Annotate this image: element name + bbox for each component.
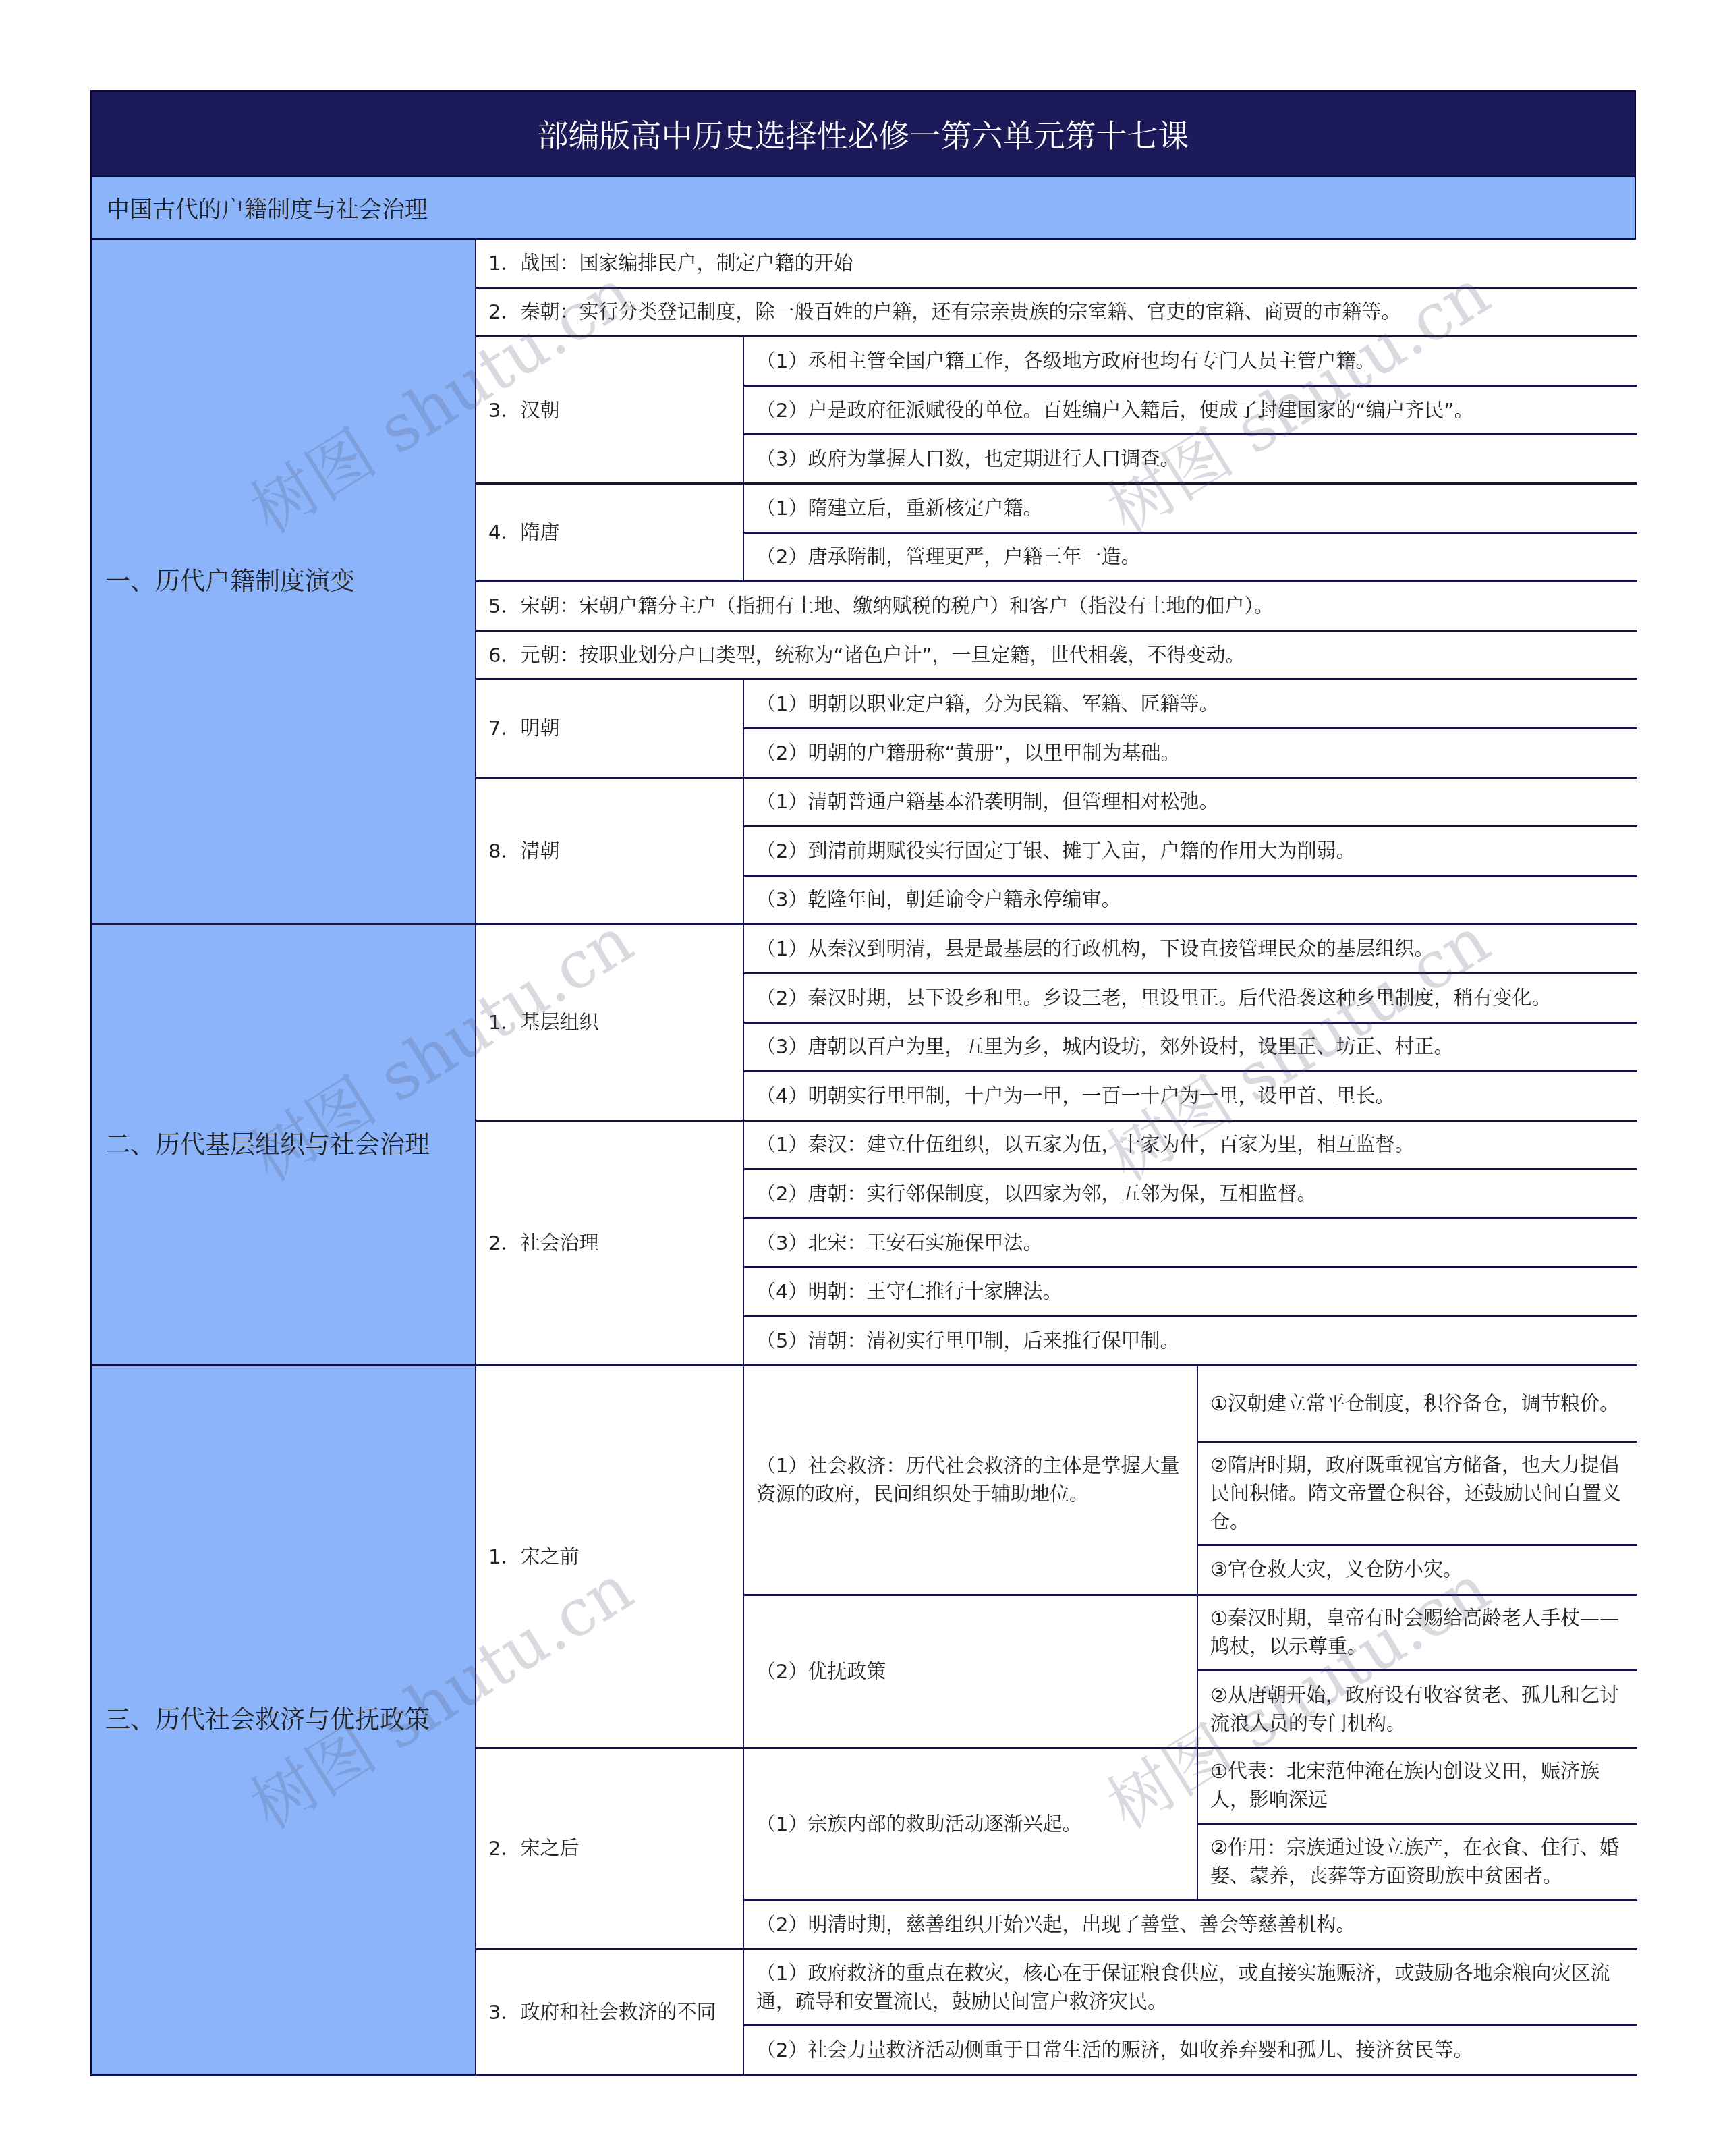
page-title: 部编版高中历史选择性必修一第六单元第十七课: [90, 90, 1636, 177]
list-item: 1．宋之前: [476, 1366, 744, 1749]
list-item: （4）明朝实行里甲制，十户为一甲，一百一十户为一里，设甲首、里长。: [744, 1072, 1637, 1122]
list-item: （2）秦汉时期，县下设乡和里。乡设三老，里设里正。后代沿袭这种乡里制度，稍有变化…: [744, 974, 1637, 1024]
list-item: （1）宗族内部的救助活动逐渐兴起。: [744, 1749, 1198, 1901]
list-item: （2）优抚政策: [744, 1596, 1198, 1749]
list-item: 5．宋朝：宋朝户籍分主户（指拥有土地、缴纳赋税的税户）和客户（指没有土地的佃户）…: [476, 582, 1637, 632]
list-item: （5）清朝：清初实行里甲制，后来推行保甲制。: [744, 1317, 1637, 1366]
list-item: （2）明朝的户籍册称“黄册”，以里甲制为基础。: [744, 729, 1637, 779]
list-item: 1．战国：国家编排民户，制定户籍的开始: [476, 240, 1637, 289]
list-item: ①汉朝建立常平仓制度，积谷备仓，调节粮价。: [1198, 1366, 1637, 1443]
outline-table: 部编版高中历史选择性必修一第六单元第十七课 中国古代的户籍制度与社会治理 一、历…: [90, 90, 1636, 2076]
list-item: （1）丞相主管全国户籍工作，各级地方政府也均有专门人员主管户籍。: [744, 337, 1637, 387]
list-item: （4）明朝：王守仁推行十家牌法。: [744, 1268, 1637, 1317]
list-item: 2．秦朝：实行分类登记制度，除一般百姓的户籍，还有宗亲贵族的宗室籍、官吏的宦籍、…: [476, 289, 1637, 338]
list-item: 7．明朝: [476, 680, 744, 778]
list-item: 3．汉朝: [476, 337, 744, 485]
list-item: （2）唐朝：实行邻保制度，以四家为邻，五邻为保，互相监督。: [744, 1170, 1637, 1219]
list-item: （3）政府为掌握人口数，也定期进行人口调查。: [744, 435, 1637, 485]
list-item: （1）隋建立后，重新核定户籍。: [744, 485, 1637, 534]
list-item: （2）户是政府征派赋役的单位。百姓编户入籍后，便成了封建国家的“编户齐民”。: [744, 387, 1637, 436]
list-item: （3）北宋：王安石实施保甲法。: [744, 1219, 1637, 1269]
list-item: 2．宋之后: [476, 1749, 744, 1950]
list-item: （1）清朝普通户籍基本沿袭明制，但管理相对松弛。: [744, 779, 1637, 828]
list-item: （1）从秦汉到明清，县是最基层的行政机构，下设直接管理民众的基层组织。: [744, 925, 1637, 974]
section-2-header: 二、历代基层组织与社会治理: [92, 925, 476, 1366]
list-item: 1．基层组织: [476, 925, 744, 1121]
list-item: （2）明清时期，慈善组织开始兴起，出现了善堂、善会等慈善机构。: [744, 1901, 1637, 1950]
list-item: （3）唐朝以百户为里，五里为乡，城内设坊，郊外设村，设里正、坊正、村正。: [744, 1024, 1637, 1073]
list-item: （1）明朝以职业定户籍，分为民籍、军籍、匠籍等。: [744, 680, 1637, 729]
list-item: （2）社会力量救济活动侧重于日常生活的赈济，如收养弃婴和孤儿、接济贫民等。: [744, 2026, 1637, 2076]
list-item: 2．社会治理: [476, 1122, 744, 1366]
content-grid: 一、历代户籍制度演变 1．战国：国家编排民户，制定户籍的开始 2．秦朝：实行分类…: [90, 240, 1636, 2076]
list-item: 6．元朝：按职业划分户口类型，统称为“诸色户计”，一旦定籍，世代相袭，不得变动。: [476, 632, 1637, 681]
list-item: （2）到清前期赋役实行固定丁银、摊丁入亩，户籍的作用大为削弱。: [744, 827, 1637, 877]
list-item: （1）政府救济的重点在救灾，核心在于保证粮食供应，或直接实施赈济，或鼓励各地余粮…: [744, 1950, 1637, 2026]
list-item: 8．清朝: [476, 779, 744, 926]
list-item: （1）秦汉：建立什伍组织，以五家为伍，十家为什，百家为里，相互监督。: [744, 1122, 1637, 1171]
list-item: ②从唐朝开始，政府设有收容贫老、孤儿和乞讨流浪人员的专门机构。: [1198, 1671, 1637, 1749]
list-item: （3）乾隆年间，朝廷谕令户籍永停编审。: [744, 877, 1637, 926]
list-item: ②隋唐时期，政府既重视官方储备，也大力提倡民间积储。隋文帝置仓积谷，还鼓励民间自…: [1198, 1443, 1637, 1546]
list-item: ①秦汉时期，皇帝有时会赐给高龄老人手杖——鸠杖，以示尊重。: [1198, 1596, 1637, 1671]
list-item: 3．政府和社会救济的不同: [476, 1950, 744, 2076]
list-item: （2）唐承隋制，管理更严，户籍三年一造。: [744, 534, 1637, 583]
section-3-header: 三、历代社会救济与优抚政策: [92, 1366, 476, 2076]
list-item: ②作用：宗族通过设立族产，在衣食、住行、婚娶、蒙养，丧葬等方面资助族中贫困者。: [1198, 1825, 1637, 1901]
section-1-header: 一、历代户籍制度演变: [92, 240, 476, 925]
list-item: 4．隋唐: [476, 485, 744, 582]
list-item: （1）社会救济：历代社会救济的主体是掌握大量资源的政府，民间组织处于辅助地位。: [744, 1366, 1198, 1596]
list-item: ③官仓救大灾，义仓防小灾。: [1198, 1546, 1637, 1596]
topic-header: 中国古代的户籍制度与社会治理: [90, 177, 1636, 240]
list-item: ①代表：北宋范仲淹在族内创设义田，赈济族人，影响深远: [1198, 1749, 1637, 1825]
